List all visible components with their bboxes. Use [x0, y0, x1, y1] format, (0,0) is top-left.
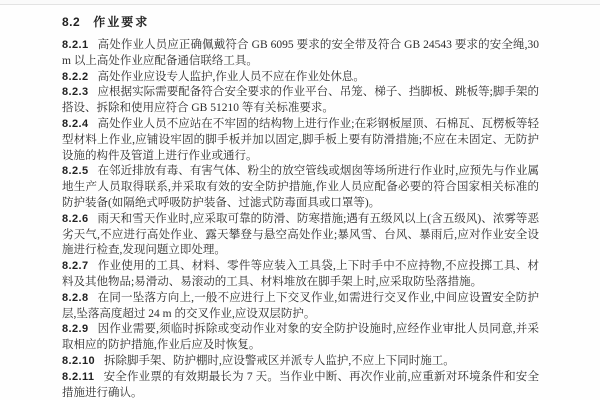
- clause-number: 8.2.7: [62, 260, 88, 272]
- clause-text: 高处作业人员不应站在不牢固的结构物上进行作业;在彩钢板屋顶、石棉瓦、瓦楞板等轻型…: [62, 118, 539, 162]
- clause-text: 雨天和雪天作业时,应采取可靠的防滑、防寒措施;遇有五级风以上(含五级风)、浓雾等…: [62, 213, 539, 257]
- clause-text: 高处作业应设专人监护,作业人员不应在作业处休息。: [97, 71, 364, 83]
- clause-8-2-10: 8.2.10拆除脚手架、防护棚时,应设警戒区并派专人监护,不应上下同时施工。: [62, 354, 539, 370]
- clause-number: 8.2.5: [62, 165, 88, 177]
- clause-number: 8.2.2: [62, 71, 88, 83]
- document-page: 8.2作业要求 8.2.1高处作业人员应正确佩戴符合 GB 6095 要求的安全…: [0, 0, 600, 400]
- clause-number: 8.2.4: [62, 118, 88, 130]
- clause-8-2-7: 8.2.7作业使用的工具、材料、零件等应装入工具袋,上下时手中不应持物,不应投掷…: [62, 259, 539, 291]
- clause-text: 在同一坠落方向上,一般不应进行上下交叉作业,如需进行交叉作业,中间应设置安全防护…: [62, 292, 539, 320]
- clause-text: 应根据实际需要配备符合安全要求的作业平台、吊笼、梯子、挡脚板、跳板等;脚手架的搭…: [62, 86, 539, 114]
- clause-text: 高处作业人员应正确佩戴符合 GB 6095 要求的安全带及符合 GB 24543…: [62, 39, 539, 67]
- section-heading: 8.2作业要求: [62, 14, 539, 30]
- clause-8-2-3: 8.2.3应根据实际需要配备符合安全要求的作业平台、吊笼、梯子、挡脚板、跳板等;…: [62, 85, 539, 117]
- clause-number: 8.2.11: [62, 371, 94, 383]
- clause-text: 安全作业票的有效期最长为 7 天。当作业中断、再次作业前,应重新对环境条件和安全…: [62, 371, 539, 399]
- clause-8-2-2: 8.2.2高处作业应设专人监护,作业人员不应在作业处休息。: [62, 70, 539, 86]
- section-number: 8.2: [62, 15, 80, 29]
- section-title: 作业要求: [93, 15, 149, 29]
- clause-8-2-8: 8.2.8在同一坠落方向上,一般不应进行上下交叉作业,如需进行交叉作业,中间应设…: [62, 291, 539, 323]
- page-top-edge: [0, 0, 600, 5]
- document-content: 8.2作业要求 8.2.1高处作业人员应正确佩戴符合 GB 6095 要求的安全…: [62, 14, 539, 400]
- clause-8-2-4: 8.2.4高处作业人员不应站在不牢固的结构物上进行作业;在彩钢板屋顶、石棉瓦、瓦…: [62, 117, 539, 164]
- clause-number: 8.2.9: [62, 323, 88, 335]
- clause-number: 8.2.6: [62, 213, 88, 225]
- clause-number: 8.2.3: [62, 86, 88, 98]
- clause-text: 拆除脚手架、防护棚时,应设警戒区并派专人监护,不应上下同时施工。: [104, 355, 455, 367]
- clause-number: 8.2.1: [62, 39, 88, 51]
- clause-number: 8.2.8: [62, 292, 88, 304]
- clause-8-2-11: 8.2.11安全作业票的有效期最长为 7 天。当作业中断、再次作业前,应重新对环…: [62, 370, 539, 400]
- clause-8-2-1: 8.2.1高处作业人员应正确佩戴符合 GB 6095 要求的安全带及符合 GB …: [62, 38, 539, 70]
- clause-text: 作业使用的工具、材料、零件等应装入工具袋,上下时手中不应持物,不应投掷工具、材料…: [62, 260, 539, 288]
- clause-text: 因作业需要,须临时拆除或变动作业对象的安全防护设施时,应经作业审批人员同意,并采…: [62, 323, 539, 351]
- clause-number: 8.2.10: [62, 355, 95, 367]
- clause-8-2-9: 8.2.9因作业需要,须临时拆除或变动作业对象的安全防护设施时,应经作业审批人员…: [62, 322, 539, 354]
- clause-8-2-6: 8.2.6雨天和雪天作业时,应采取可靠的防滑、防寒措施;遇有五级风以上(含五级风…: [62, 212, 539, 259]
- clause-text: 在邻近排放有毒、有害气体、粉尘的放空管线或烟囱等场所进行作业时,应预先与作业属地…: [62, 165, 539, 209]
- clause-8-2-5: 8.2.5在邻近排放有毒、有害气体、粉尘的放空管线或烟囱等场所进行作业时,应预先…: [62, 164, 539, 211]
